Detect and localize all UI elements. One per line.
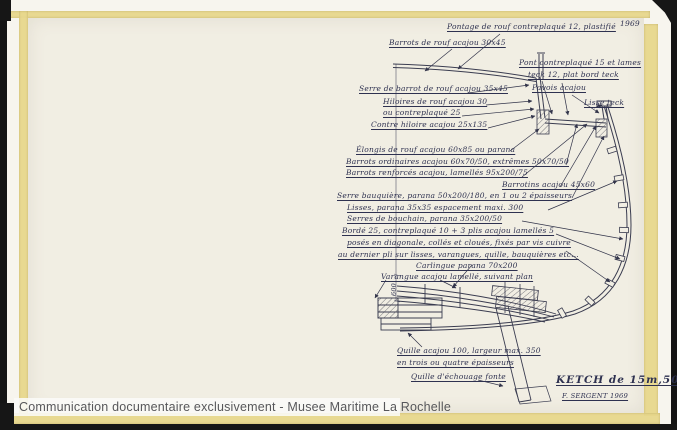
annotation-pavois: Pavois acajou: [532, 83, 586, 92]
annotation-contre-hiloire: Contre hiloire acajou 25x135: [371, 120, 487, 129]
annotation-pont-1: Pont contreplaqué 15 et lames: [519, 58, 641, 67]
titleblock-signature: F. SERGENT 1969: [562, 392, 628, 401]
annotation-varangue: Varangue acajou lamellé, suivant plan: [381, 272, 533, 281]
annotation-barrots-rouf: Barrots de rouf acajou 30x45: [389, 38, 506, 47]
annotation-date: 1969: [620, 19, 640, 28]
annotation-carlingue: Carlingue parana 70x200: [416, 261, 518, 270]
annotation-ou-contreplaque: ou contreplaqué 25: [383, 108, 461, 117]
annotation-quille-echouage: Quille d'échouage fonte: [411, 372, 506, 381]
annotation-quille-2: en trois ou quatre épaisseurs: [397, 358, 514, 367]
caption-text: Communication documentaire exclusivement…: [14, 400, 451, 414]
annotation-lisse-teck: Lisse teck: [584, 98, 624, 107]
titleblock-title: KETCH de 15m,50: [556, 376, 677, 385]
annotation-barrots-ordinaires: Barrots ordinaires acajou 60x70/50, extr…: [346, 157, 569, 166]
annotation-hiloires-rouf: Hiloires de rouf acajou 30: [383, 97, 487, 106]
scanned-plan-page: Pontage de rouf contreplaqué 12, plastif…: [0, 0, 677, 430]
annotation-borde-1: Bordé 25, contreplaqué 10 + 3 plis acajo…: [342, 226, 554, 235]
annotation-dim-600: 600: [390, 283, 399, 296]
hatched-blocks: [537, 110, 607, 137]
annotation-lisses: Lisses, parana 35x35 espacement maxi. 30…: [347, 203, 523, 212]
annotation-borde-3: au dernier pli sur lisses, varangues, qu…: [338, 250, 579, 259]
annotation-pont-2: teck 12, plat bord teck: [528, 70, 619, 79]
annotation-serre-bauquiere: Serre bauquière, parana 50x200/180, en 1…: [337, 191, 572, 200]
annotation-serres-bouchain: Serres de bouchain, parana 35x200/50: [347, 214, 502, 223]
annotation-quille-1: Quille acajou 100, largeur max. 350: [397, 346, 541, 355]
mast-step-blocks: [492, 282, 547, 317]
annotation-borde-2: posés en diagonale, collés et cloués, fi…: [347, 238, 571, 247]
annotation-elongis: Élongis de rouf acajou 60x85 ou parana: [356, 145, 515, 154]
keel-assembly: [378, 298, 442, 330]
annotation-pontage-rouf: Pontage de rouf contreplaqué 12, plastif…: [447, 22, 616, 31]
caption-band: Communication documentaire exclusivement…: [14, 398, 400, 416]
annotation-serre-barrot: Serre de barrot de rouf acajou 35x45: [359, 84, 508, 93]
lisses-stringers: [558, 146, 629, 318]
annotation-barrots-renforces: Barrots renforcés acajou, lamellés 95x20…: [346, 168, 528, 177]
annotation-barrotins: Barrotins acajou 45x60: [502, 180, 595, 189]
